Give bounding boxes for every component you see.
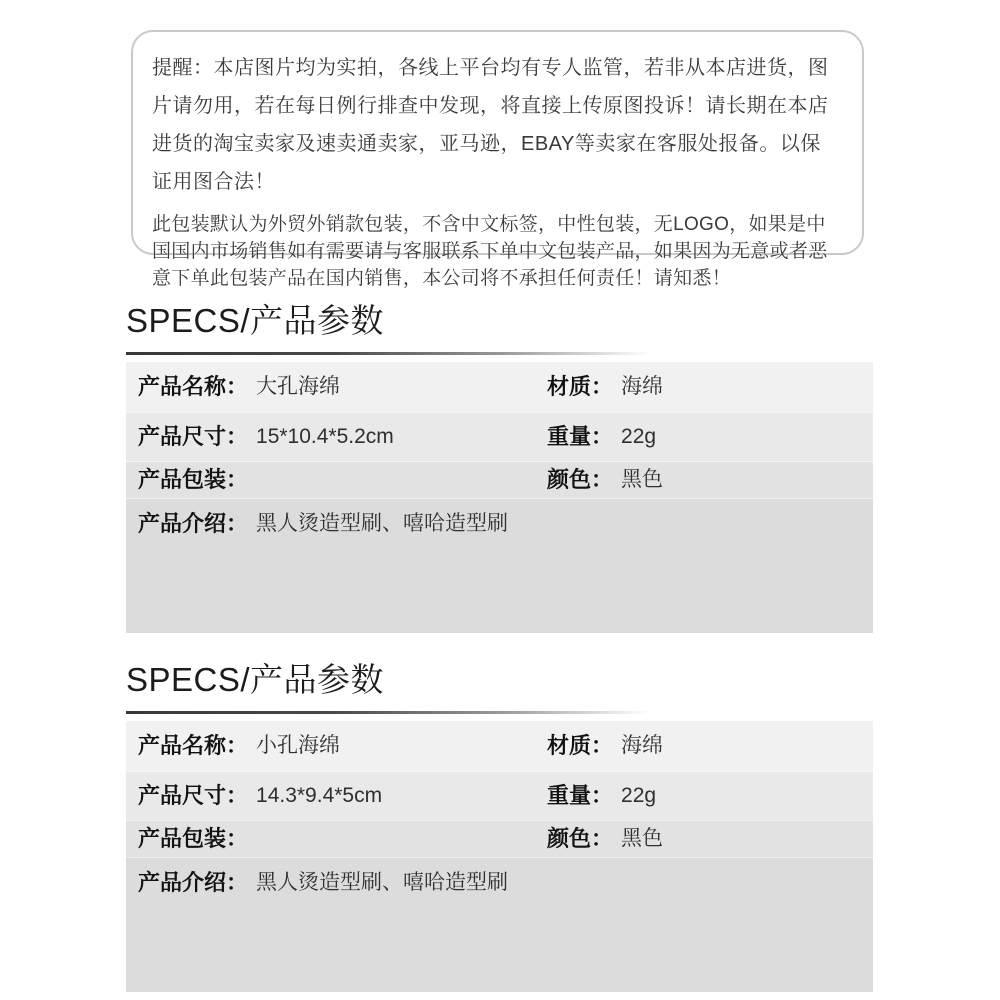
spec-label: 产品介绍： (138, 869, 248, 897)
spec-value: 15*10.4*5.2cm (256, 423, 394, 451)
specs-heading: SPECS/产品参数 (126, 660, 873, 700)
notice-paragraph-1: 提醒：本店图片均为实拍，各线上平台均有专人监管，若非从本店进货，图片请勿用，若在… (152, 49, 840, 201)
spec-label: 产品名称： (138, 373, 248, 401)
spec-label: 颜色： (547, 825, 613, 853)
spec-label: 产品介绍： (138, 510, 248, 538)
spec-label: 重量： (547, 782, 613, 810)
spec-label: 材质： (547, 373, 613, 401)
spec-label: 产品包装： (138, 466, 248, 494)
product-description-page: 提醒：本店图片均为实拍，各线上平台均有专人监管，若非从本店进货，图片请勿用，若在… (0, 0, 1000, 1000)
seller-notice-box: 提醒：本店图片均为实拍，各线上平台均有专人监管，若非从本店进货，图片请勿用，若在… (131, 30, 864, 255)
spec-row-size: 产品尺寸： 14.3*9.4*5cm 重量： 22g (126, 771, 873, 820)
spec-cell: 产品包装： (126, 821, 535, 857)
spec-cell: 产品名称： 大孔海绵 (126, 362, 535, 412)
spec-value: 黑人烫造型刷、嘻哈造型刷 (256, 869, 508, 897)
spec-label: 产品尺寸： (138, 423, 248, 451)
spec-cell: 重量： 22g (535, 413, 873, 461)
spec-value: 海绵 (621, 732, 663, 760)
spec-cell: 重量： 22g (535, 772, 873, 820)
spec-cell: 产品包装： (126, 462, 535, 498)
specs-heading: SPECS/产品参数 (126, 301, 873, 341)
spec-label: 颜色： (547, 466, 613, 494)
spec-value: 大孔海绵 (256, 373, 340, 401)
spec-label: 产品尺寸： (138, 782, 248, 810)
spec-row-description: 产品介绍： 黑人烫造型刷、嘻哈造型刷 (126, 857, 873, 992)
spec-value: 22g (621, 423, 656, 451)
spec-cell: 产品介绍： 黑人烫造型刷、嘻哈造型刷 (126, 499, 508, 633)
spec-value: 14.3*9.4*5cm (256, 782, 382, 810)
heading-underline (126, 711, 650, 714)
spec-cell: 颜色： 黑色 (535, 462, 873, 498)
specs-section-1: SPECS/产品参数 产品名称： 大孔海绵 材质： 海绵 产品尺寸： 15*10… (126, 301, 873, 633)
specs-section-2: SPECS/产品参数 产品名称： 小孔海绵 材质： 海绵 产品尺寸： 14.3*… (126, 660, 873, 992)
spec-row-name: 产品名称： 大孔海绵 材质： 海绵 (126, 362, 873, 412)
notice-paragraph-2: 此包装默认为外贸外销款包装，不含中文标签，中性包装，无LOGO，如果是中国国内市… (152, 211, 840, 292)
spec-label: 产品包装： (138, 825, 248, 853)
spec-table: 产品名称： 大孔海绵 材质： 海绵 产品尺寸： 15*10.4*5.2cm 重量… (126, 362, 873, 633)
spec-value: 黑色 (621, 825, 663, 853)
spec-cell: 产品介绍： 黑人烫造型刷、嘻哈造型刷 (126, 858, 508, 992)
spec-value: 海绵 (621, 373, 663, 401)
spec-cell: 材质： 海绵 (535, 721, 873, 771)
spec-value: 22g (621, 782, 656, 810)
spec-value: 黑人烫造型刷、嘻哈造型刷 (256, 510, 508, 538)
spec-cell: 产品尺寸： 14.3*9.4*5cm (126, 772, 535, 820)
spec-value: 黑色 (621, 466, 663, 494)
spec-label: 材质： (547, 732, 613, 760)
heading-underline (126, 352, 650, 355)
spec-cell: 颜色： 黑色 (535, 821, 873, 857)
spec-cell: 产品名称： 小孔海绵 (126, 721, 535, 771)
spec-table: 产品名称： 小孔海绵 材质： 海绵 产品尺寸： 14.3*9.4*5cm 重量：… (126, 721, 873, 992)
spec-row-description: 产品介绍： 黑人烫造型刷、嘻哈造型刷 (126, 498, 873, 633)
spec-row-name: 产品名称： 小孔海绵 材质： 海绵 (126, 721, 873, 771)
spec-cell: 材质： 海绵 (535, 362, 873, 412)
spec-label: 产品名称： (138, 732, 248, 760)
spec-row-size: 产品尺寸： 15*10.4*5.2cm 重量： 22g (126, 412, 873, 461)
spec-row-packaging: 产品包装： 颜色： 黑色 (126, 820, 873, 857)
spec-value: 小孔海绵 (256, 732, 340, 760)
spec-label: 重量： (547, 423, 613, 451)
spec-cell: 产品尺寸： 15*10.4*5.2cm (126, 413, 535, 461)
spec-row-packaging: 产品包装： 颜色： 黑色 (126, 461, 873, 498)
